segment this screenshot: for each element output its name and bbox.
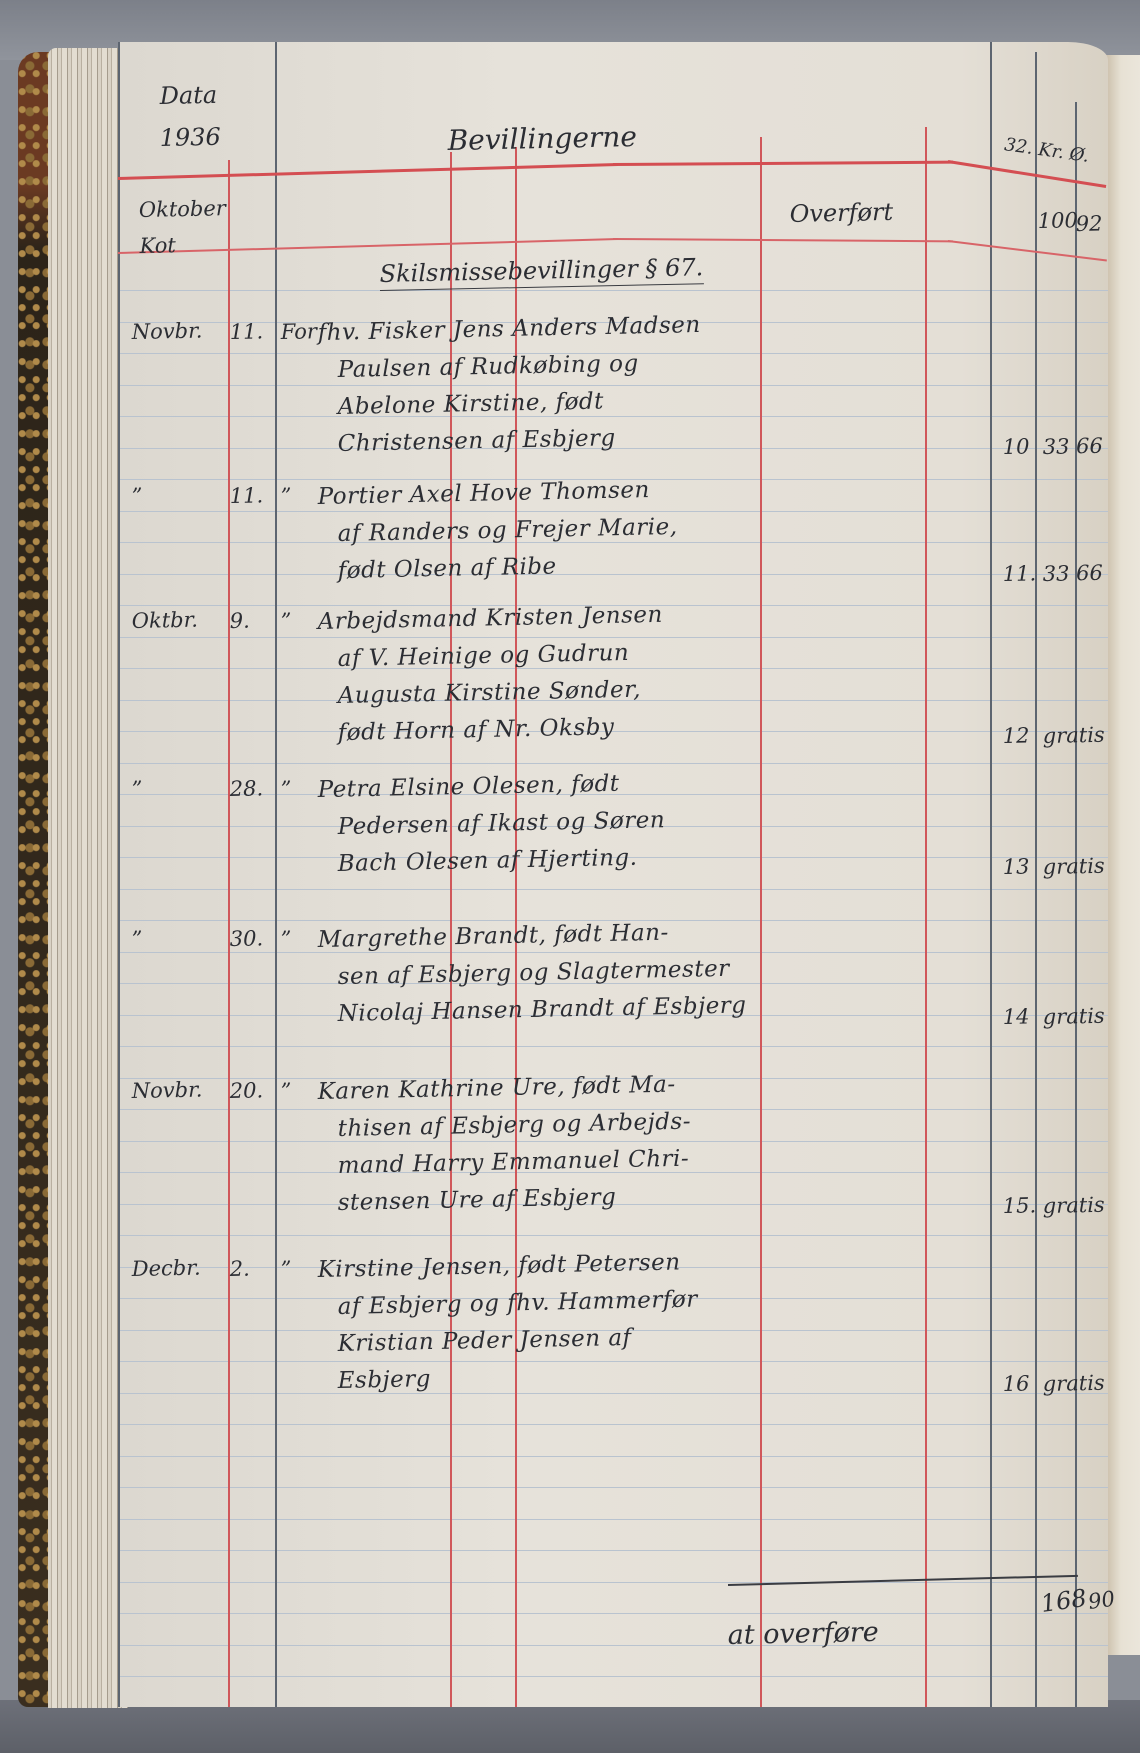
- ruled-line: [118, 511, 1108, 512]
- entry-number: 11.: [1002, 561, 1036, 586]
- entry-text-line: Pedersen af Ikast og Søren: [337, 807, 665, 840]
- column-rule-3: [760, 137, 762, 1707]
- ruled-line: [118, 1519, 1108, 1520]
- carried-forward-ore: 92: [1075, 211, 1102, 236]
- ruled-line: [118, 542, 1108, 543]
- entry-day: 11.: [229, 319, 263, 344]
- entry-text-line: Nicolaj Hansen Brandt af Esbjerg: [337, 992, 746, 1027]
- entry-text-line: Arbejdsmand Kristen Jensen: [317, 602, 663, 635]
- background-bottom: [0, 1700, 1140, 1753]
- entry-day: 20.: [229, 1078, 263, 1103]
- ruled-line: [118, 1550, 1108, 1551]
- entry-text-line: mand Harry Emmanuel Chri-: [337, 1146, 689, 1179]
- header-month-col: Oktober Kot: [138, 190, 229, 264]
- entry-text-line: thisen af Esbjerg og Arbejds-: [337, 1109, 691, 1142]
- total-ore: 90: [1087, 1587, 1117, 1614]
- entry-amount: gratis: [1042, 1371, 1104, 1396]
- ruled-line: [118, 1046, 1108, 1047]
- entry-number: 16: [1002, 1371, 1029, 1396]
- total-rule: [728, 1575, 1078, 1586]
- entry-month: ”: [131, 484, 142, 508]
- header-red-rule-left: [118, 163, 618, 180]
- entry-month: Novbr.: [131, 1078, 202, 1103]
- entry-text-line: Paulsen af Rudkøbing og: [337, 351, 639, 383]
- ruled-line: [118, 1487, 1108, 1488]
- entry-prefix: ”: [280, 609, 291, 633]
- entry-text-line: Bach Olesen af Hjerting.: [337, 845, 637, 877]
- entry-amount: gratis: [1042, 723, 1104, 748]
- entry-text-line: Esbjerg: [337, 1366, 431, 1394]
- entry-month: ”: [131, 927, 142, 951]
- book-spine: [18, 52, 50, 1707]
- entry-prefix: For: [280, 319, 317, 344]
- entry-day: 30.: [229, 926, 263, 951]
- header-year: 1936: [159, 123, 221, 152]
- ruled-line: [118, 1424, 1108, 1425]
- ruled-line: [118, 1582, 1108, 1583]
- entry-text-line: Kristian Peder Jensen af: [337, 1325, 631, 1357]
- entry-amount: gratis: [1042, 1193, 1104, 1218]
- entry-text-line: stensen Ure af Esbjerg: [337, 1184, 616, 1216]
- entry-amount: gratis: [1042, 1004, 1104, 1029]
- entry-text-line: Augusta Kirstine Sønder,: [337, 677, 641, 709]
- ruled-line: [118, 1361, 1108, 1362]
- entry-text-line: født Horn af Nr. Oksby: [337, 714, 614, 746]
- column-rule-kroner: [1035, 52, 1037, 1707]
- ruled-line: [118, 637, 1108, 638]
- header-bevillingerne: Bevillingerne: [447, 120, 637, 157]
- entry-text-line: sen af Esbjerg og Slagtermester: [337, 956, 729, 990]
- entry-day: 2.: [229, 1257, 250, 1281]
- entry-prefix: ”: [280, 484, 291, 508]
- entry-text-line: Christensen af Esbjerg: [337, 425, 616, 457]
- entry-amount: gratis: [1042, 854, 1104, 879]
- ruled-line: [118, 1141, 1108, 1142]
- page-edges: [48, 48, 128, 1708]
- subheader-red-rule-right: [948, 240, 1107, 261]
- entry-month: ”: [131, 777, 142, 801]
- carried-forward-kroner: 100: [1037, 208, 1078, 233]
- entry-number: 14: [1002, 1004, 1029, 1029]
- entry-day: 28.: [229, 776, 263, 801]
- entry-prefix: ”: [280, 927, 291, 951]
- entry-amount: 33 66: [1042, 434, 1103, 459]
- ruled-line: [118, 889, 1108, 890]
- entry-prefix: ”: [280, 777, 291, 801]
- ruled-line: [118, 416, 1108, 417]
- ruled-line: [118, 574, 1108, 575]
- ruled-line: [118, 385, 1108, 386]
- entry-prefix: ”: [280, 1257, 291, 1281]
- entry-prefix: ”: [280, 1079, 291, 1103]
- entry-day: 11.: [229, 483, 263, 508]
- entry-text-line: Kirstine Jensen, født Petersen: [317, 1249, 680, 1283]
- entry-amount: 33 66: [1042, 561, 1103, 586]
- entry-text-line: født Olsen af Ribe: [337, 553, 556, 584]
- entry-month: Decbr.: [131, 1256, 200, 1281]
- ruled-line: [118, 1613, 1108, 1614]
- section-title: Skilsmissebevillinger § 67.: [379, 253, 703, 291]
- ledger-page: Data 1936 Bevillingerne 32. Kr. Ø. Oktob…: [118, 42, 1108, 1707]
- ruled-line: [118, 1235, 1108, 1236]
- carried-forward-label: Overført: [789, 198, 893, 228]
- entry-text-line: Petra Elsine Olesen, født: [317, 771, 619, 803]
- entry-number: 12: [1002, 723, 1029, 748]
- ruled-line: [118, 1676, 1108, 1677]
- ruled-line: [118, 1393, 1108, 1394]
- carry-over-label: at overføre: [727, 1617, 879, 1651]
- entry-text-line: Portier Axel Hove Thomsen: [317, 477, 650, 510]
- ruled-line: [118, 1645, 1108, 1646]
- ruled-line: [118, 952, 1108, 953]
- ruled-line: [118, 290, 1108, 291]
- ruled-line: [118, 1456, 1108, 1457]
- next-page-edge: [1105, 55, 1140, 1655]
- entry-number: 13: [1002, 854, 1029, 879]
- entry-day: 9.: [229, 609, 250, 633]
- column-rule-ore: [1075, 102, 1077, 1707]
- column-rule-4: [925, 127, 927, 1707]
- entry-text-line: Margrethe Brandt, født Han-: [317, 920, 669, 953]
- header-red-rule-mid: [613, 161, 953, 166]
- subheader-red-rule-mid: [613, 238, 953, 242]
- ruled-line: [118, 668, 1108, 669]
- column-rule-date: [275, 42, 277, 1707]
- ruled-line: [118, 763, 1108, 764]
- entry-text-line: af Esbjerg og fhv. Hammerfør: [337, 1286, 698, 1320]
- entry-text-line: fhv. Fisker Jens Anders Madsen: [317, 312, 700, 346]
- entry-text-line: Abelone Kirstine, født: [337, 388, 604, 420]
- page-border-left: [118, 42, 120, 1707]
- entry-month: Oktbr.: [131, 608, 198, 633]
- header-data-label: Data: [159, 81, 217, 110]
- entry-number: 10: [1002, 434, 1029, 459]
- entry-number: 15.: [1002, 1193, 1036, 1218]
- header-amount-columns: 32. Kr. Ø.: [1003, 134, 1090, 167]
- entry-month: Novbr.: [131, 319, 202, 344]
- column-rule-number: [990, 42, 992, 1707]
